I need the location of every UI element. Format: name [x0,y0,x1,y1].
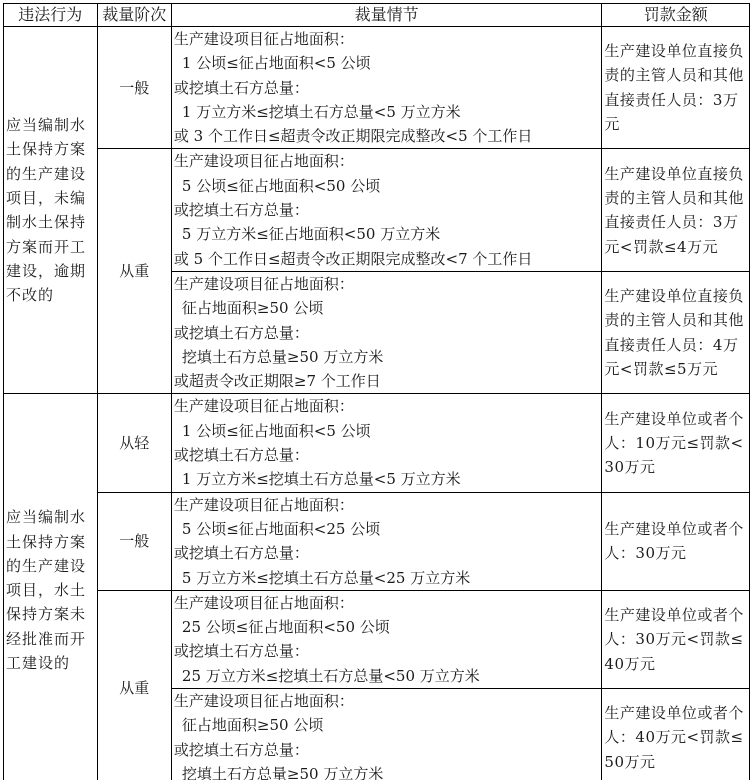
table-row: 应当编制水土保持方案的生产建设项目，水土保持方案未经批准而开工建设的 从轻 生产… [4,394,750,492]
level-cell: 一般 [97,27,171,149]
header-level: 裁量阶次 [97,4,171,27]
detail-line: 生产建设项目征占地面积： [174,272,600,296]
penalty-discretion-table: 违法行为 裁量阶次 裁量情节 罚款金额 应当编制水土保持方案的生产建设项目，未编… [3,3,750,780]
detail-line: 生产建设项目征占地面积： [174,149,600,173]
fine-cell: 生产建设单位或者个人：10万元≤罚款<30万元 [602,394,750,492]
detail-line: 征占地面积≥50 公顷 [174,296,600,320]
detail-line: 1 万立方米≤挖填土石方总量<5 万立方米 [174,100,600,124]
table-row: 从重 生产建设项目征占地面积： 5 公顷≤征占地面积<50 公顷 或挖填土石方总… [4,149,750,271]
table-header-row: 违法行为 裁量阶次 裁量情节 罚款金额 [4,4,750,27]
fine-cell: 生产建设单位直接负责的主管人员和其他直接责任人员：4万元<罚款≤5万元 [602,271,750,393]
detail-line: 5 万立方米≤征占地面积<50 万立方米 [174,222,600,246]
header-fine-amount: 罚款金额 [602,4,750,27]
detail-line: 生产建设项目征占地面积： [174,591,600,615]
table-row: 应当编制水土保持方案的生产建设项目，未编制水土保持方案而开工建设，逾期不改的 一… [4,27,750,149]
level-cell: 从重 [97,149,171,394]
circumstances-cell: 生产建设项目征占地面积： 25 公顷≤征占地面积<50 公顷 或挖填土石方总量：… [171,590,602,688]
table-row: 从重 生产建设项目征占地面积： 25 公顷≤征占地面积<50 公顷 或挖填土石方… [4,590,750,688]
detail-line: 或挖填土石方总量： [174,321,600,345]
level-cell: 一般 [97,492,171,590]
detail-line: 25 万立方米≤挖填土石方总量<50 万立方米 [174,664,600,688]
fine-cell: 生产建设单位或者个人：30万元 [602,492,750,590]
detail-line: 或 3 个工作日≤超责令改正期限完成整改<5 个工作日 [174,124,600,148]
level-cell: 从轻 [97,394,171,492]
detail-line: 5 万立方米≤挖填土石方总量<25 万立方米 [174,566,600,590]
detail-line: 或挖填土石方总量： [174,639,600,663]
detail-line: 挖填土石方总量≥50 万立方米 [174,762,600,780]
header-circumstances: 裁量情节 [171,4,602,27]
violation-cell: 应当编制水土保持方案的生产建设项目，未编制水土保持方案而开工建设，逾期不改的 [4,27,98,394]
detail-line: 生产建设项目征占地面积： [174,27,600,51]
detail-line: 征占地面积≥50 公顷 [174,713,600,737]
circumstances-cell: 生产建设项目征占地面积： 征占地面积≥50 公顷 或挖填土石方总量： 挖填土石方… [171,271,602,393]
circumstances-cell: 生产建设项目征占地面积： 征占地面积≥50 公顷 或挖填土石方总量： 挖填土石方… [171,689,602,780]
detail-line: 生产建设项目征占地面积： [174,394,600,418]
detail-line: 1 万立方米≤挖填土石方总量<5 万立方米 [174,467,600,491]
detail-line: 生产建设项目征占地面积： [174,689,600,713]
fine-cell: 生产建设单位或者个人：40万元<罚款≤50万元 [602,689,750,780]
violation-cell: 应当编制水土保持方案的生产建设项目，水土保持方案未经批准而开工建设的 [4,394,98,780]
detail-line: 25 公顷≤征占地面积<50 公顷 [174,615,600,639]
detail-line: 1 公顷≤征占地面积<5 公顷 [174,51,600,75]
detail-line: 挖填土石方总量≥50 万立方米 [174,345,600,369]
circumstances-cell: 生产建设项目征占地面积： 1 公顷≤征占地面积<5 公顷 或挖填土石方总量： 1… [171,394,602,492]
detail-line: 5 公顷≤征占地面积<25 公顷 [174,517,600,541]
detail-line: 或超责令改正期限≥7 个工作日 [174,369,600,393]
table-row: 一般 生产建设项目征占地面积： 5 公顷≤征占地面积<25 公顷 或挖填土石方总… [4,492,750,590]
level-cell: 从重 [97,590,171,780]
detail-line: 或挖填土石方总量： [174,76,600,100]
detail-line: 或挖填土石方总量： [174,738,600,762]
detail-line: 1 公顷≤征占地面积<5 公顷 [174,419,600,443]
fine-cell: 生产建设单位直接负责的主管人员和其他直接责任人员：3万元<罚款≤4万元 [602,149,750,271]
fine-cell: 生产建设单位直接负责的主管人员和其他直接责任人员：3万元 [602,27,750,149]
detail-line: 或挖填土石方总量： [174,443,600,467]
detail-line: 或 5 个工作日≤超责令改正期限完成整改<7 个工作日 [174,247,600,271]
detail-line: 或挖填土石方总量： [174,198,600,222]
detail-line: 5 公顷≤征占地面积<50 公顷 [174,174,600,198]
header-violation: 违法行为 [4,4,98,27]
detail-line: 生产建设项目征占地面积： [174,493,600,517]
circumstances-cell: 生产建设项目征占地面积： 1 公顷≤征占地面积<5 公顷 或挖填土石方总量： 1… [171,27,602,149]
detail-line: 或挖填土石方总量： [174,541,600,565]
circumstances-cell: 生产建设项目征占地面积： 5 公顷≤征占地面积<50 公顷 或挖填土石方总量： … [171,149,602,271]
circumstances-cell: 生产建设项目征占地面积： 5 公顷≤征占地面积<25 公顷 或挖填土石方总量： … [171,492,602,590]
fine-cell: 生产建设单位或者个人：30万元<罚款≤40万元 [602,590,750,688]
